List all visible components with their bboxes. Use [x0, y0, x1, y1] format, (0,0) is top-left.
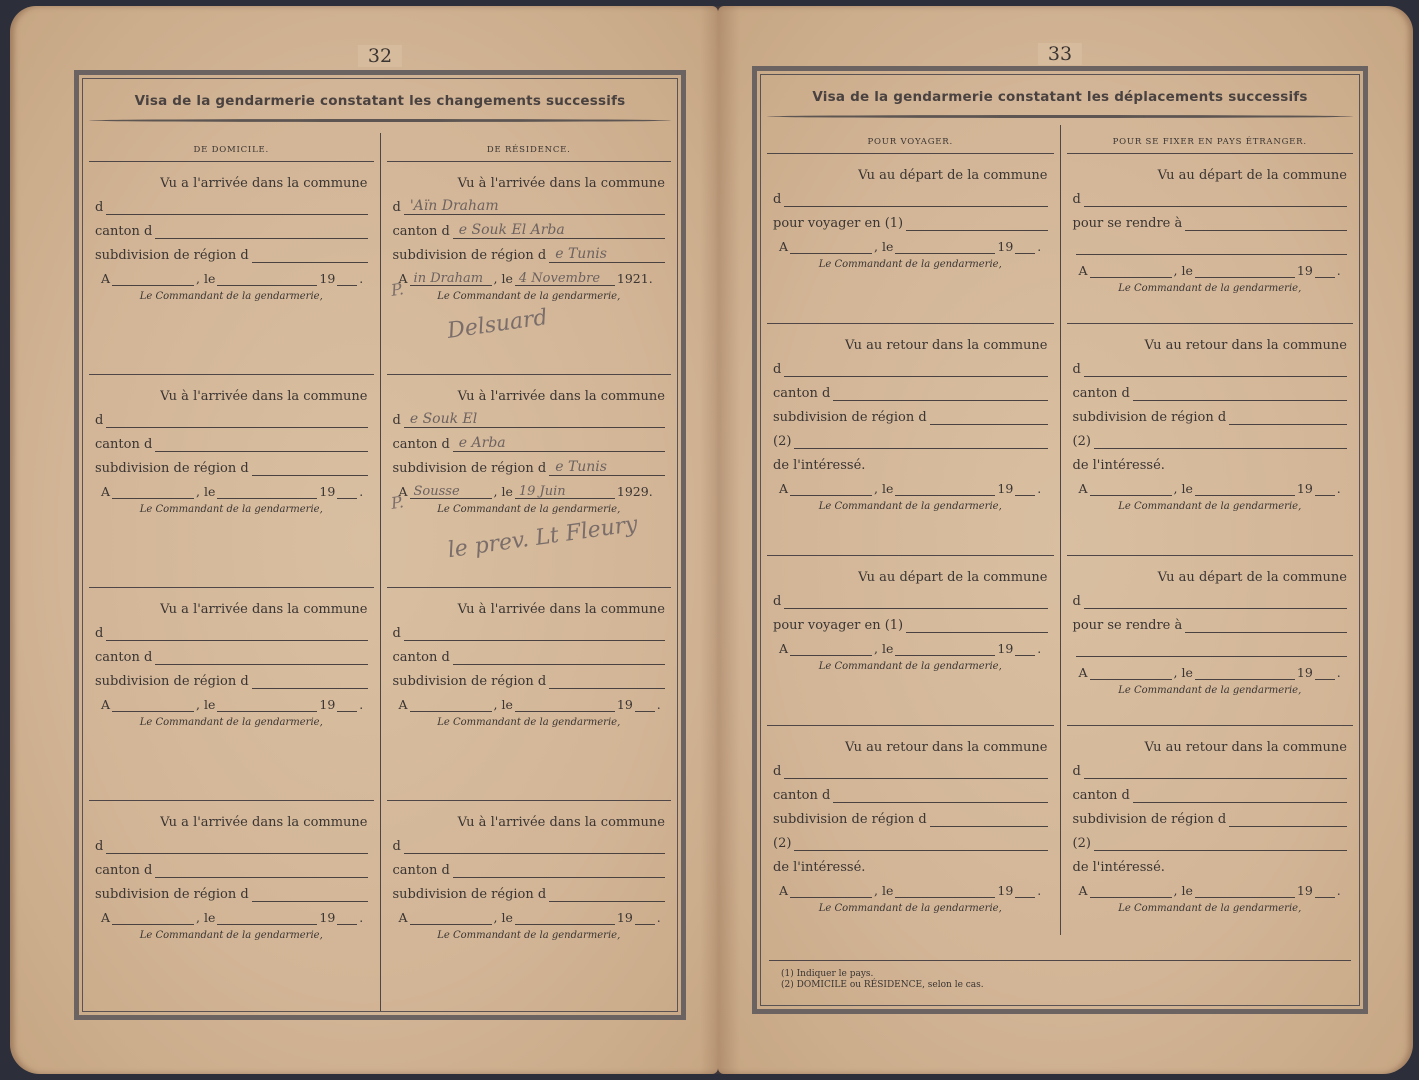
canton-field[interactable]	[1133, 389, 1347, 401]
canton-label: canton d	[95, 437, 152, 452]
subdivision-line: subdivision de région d	[95, 460, 368, 476]
place-field[interactable]	[790, 485, 872, 496]
interesse-line: de l'intéressé.	[1073, 457, 1348, 473]
canton-handwritten: e Arba	[459, 435, 506, 451]
column-residence: DE RÉSIDENCE.Vu à l'arrivée dans la comm…	[380, 133, 678, 1011]
date-field[interactable]	[895, 485, 995, 496]
subdivision-label: subdivision de région d	[95, 461, 249, 476]
interesse-line: de l'intéressé.	[773, 859, 1048, 875]
year-field[interactable]	[337, 277, 357, 286]
end-dot: .	[657, 697, 661, 712]
date-line: A, le19.	[95, 910, 368, 925]
date-field[interactable]	[217, 914, 317, 925]
end-dot: .	[649, 484, 653, 499]
column-pays-etranger: POUR SE FIXER EN PAYS ÉTRANGER.Vu au dép…	[1060, 125, 1360, 935]
le-label: , le	[1174, 481, 1193, 496]
end-dot: .	[1337, 263, 1341, 278]
le-label: , le	[874, 239, 893, 254]
subdivision-field[interactable]	[252, 251, 368, 263]
destination-label: pour voyager en (1)	[773, 618, 903, 633]
year-label: 1929	[617, 484, 649, 499]
date-field[interactable]	[895, 645, 995, 656]
place-handwritten: Sousse	[414, 484, 460, 499]
end-dot: .	[359, 484, 363, 499]
entry-heading: Vu au départ de la commune	[1073, 570, 1348, 585]
le-label: , le	[494, 697, 513, 712]
subdivision-line: subdivision de région de Tunis	[393, 460, 666, 476]
signature-label: Le Commandant de la gendarmerie,	[773, 259, 1048, 270]
status-label: (2)	[1073, 836, 1091, 851]
canton-line: canton d	[393, 862, 666, 878]
canton-field[interactable]: e Souk El Arba	[453, 227, 665, 239]
year-label: 19	[319, 910, 335, 925]
footnotes: (1) Indiquer le pays. (2) DOMICILE ou RÉ…	[769, 960, 1351, 999]
footnote-1: (1) Indiquer le pays.	[781, 969, 1339, 980]
commune-field[interactable]	[404, 842, 665, 854]
canton-label: canton d	[1073, 386, 1130, 401]
subdivision-line: subdivision de région d	[1073, 811, 1348, 827]
place-field[interactable]	[790, 645, 872, 656]
commune-line: d	[393, 625, 666, 641]
commune-label: d	[1073, 594, 1081, 609]
year-label: 1921	[617, 271, 649, 286]
entry-heading: Vu à l'arrivée dans la commune	[393, 815, 666, 830]
commune-line: d	[1073, 763, 1348, 779]
status-label: (2)	[773, 434, 791, 449]
year-field[interactable]	[1315, 671, 1335, 680]
subdivision-field[interactable]	[1229, 815, 1347, 827]
le-label: , le	[874, 481, 893, 496]
canton-label: canton d	[393, 650, 450, 665]
commune-line: d	[95, 838, 368, 854]
canton-label: canton d	[773, 386, 830, 401]
signature-label: Le Commandant de la gendarmerie,	[1073, 501, 1348, 512]
date-field[interactable]	[1195, 887, 1295, 898]
signature-label: Le Commandant de la gendarmerie,	[1073, 685, 1348, 696]
interesse-line: de l'intéressé.	[1073, 859, 1348, 875]
commune-field[interactable]	[106, 842, 367, 854]
retour-entry: Vu au retour dans la communedcanton dsub…	[1067, 725, 1354, 957]
le-label: , le	[1174, 883, 1193, 898]
date-field[interactable]	[1195, 267, 1295, 278]
a-label: A	[1079, 481, 1088, 496]
a-label: A	[101, 697, 110, 712]
interesse-label: de l'intéressé.	[1073, 458, 1165, 473]
place-field[interactable]	[112, 275, 194, 286]
le-label: , le	[196, 484, 215, 499]
commune-field[interactable]	[106, 203, 367, 215]
canton-field[interactable]	[453, 866, 665, 878]
visa-entry: Vu à l'arrivée dans la communedcanton ds…	[387, 800, 672, 1013]
commune-line: d	[1073, 191, 1348, 207]
commune-field[interactable]	[784, 195, 1047, 207]
a-label: A	[399, 697, 408, 712]
commune-field[interactable]	[1084, 597, 1347, 609]
left-page-frame: 32 Visa de la gendarmerie constatant les…	[74, 70, 686, 1020]
place-field[interactable]	[790, 887, 872, 898]
date-field[interactable]: 4 Novembre	[515, 275, 615, 286]
status-line: (2)	[773, 835, 1048, 851]
date-field[interactable]	[895, 887, 995, 898]
subdivision-field[interactable]	[549, 890, 665, 902]
subdivision-field[interactable]: e Tunis	[549, 464, 665, 476]
commune-line: d'Aïn Draham	[393, 199, 666, 215]
end-dot: .	[1037, 481, 1041, 496]
commune-handwritten: e Souk El	[410, 411, 477, 427]
canton-line: canton d	[393, 649, 666, 665]
subdivision-line: subdivision de région d	[95, 247, 368, 263]
year-label: 19	[997, 481, 1013, 496]
left-page-title: Visa de la gendarmerie constatant les ch…	[83, 93, 677, 109]
entry-heading: Vu au départ de la commune	[1073, 168, 1348, 183]
page-number-32: 32	[358, 45, 402, 67]
canton-label: canton d	[95, 224, 152, 239]
signature-label: Le Commandant de la gendarmerie,	[773, 501, 1048, 512]
interesse-label: de l'intéressé.	[1073, 860, 1165, 875]
signature-label: Le Commandant de la gendarmerie,	[393, 291, 666, 302]
date-line: A, le19.	[95, 271, 368, 286]
a-label: A	[779, 641, 788, 656]
extra-line	[1073, 239, 1348, 255]
commune-field[interactable]	[1084, 195, 1347, 207]
end-dot: .	[359, 697, 363, 712]
date-line: ASousse, le19 Juin1929.	[393, 484, 666, 499]
end-dot: .	[1337, 481, 1341, 496]
destination-field[interactable]	[1185, 621, 1347, 633]
subdivision-line: subdivision de région d	[95, 886, 368, 902]
subdivision-label: subdivision de région d	[393, 674, 547, 689]
entry-heading: Vu au départ de la commune	[773, 570, 1048, 585]
canton-field[interactable]	[155, 227, 367, 239]
year-field[interactable]	[1015, 487, 1035, 496]
year-field[interactable]	[1015, 245, 1035, 254]
year-field[interactable]	[1315, 269, 1335, 278]
status-label: (2)	[773, 836, 791, 851]
place-field[interactable]	[1090, 887, 1172, 898]
status-line: (2)	[1073, 835, 1348, 851]
column-domicile: DE DOMICILE.Vu a l'arrivée dans la commu…	[83, 133, 380, 1011]
destination-field[interactable]	[906, 621, 1047, 633]
entry-heading: Vu à l'arrivée dans la commune	[393, 176, 666, 191]
year-label: 19	[319, 271, 335, 286]
subdivision-label: subdivision de région d	[773, 812, 927, 827]
canton-field[interactable]	[1133, 791, 1347, 803]
date-field[interactable]	[217, 488, 317, 499]
date-line: A, le19.	[1073, 665, 1348, 680]
le-label: , le	[494, 484, 513, 499]
commune-field[interactable]	[784, 597, 1047, 609]
date-line: A, le19.	[1073, 263, 1348, 278]
commune-line: d	[95, 412, 368, 428]
a-label: A	[1079, 665, 1088, 680]
le-label: , le	[1174, 665, 1193, 680]
subdivision-label: subdivision de région d	[773, 410, 927, 425]
commune-field[interactable]	[784, 365, 1047, 377]
column-header: POUR SE FIXER EN PAYS ÉTRANGER.	[1061, 137, 1360, 153]
subdivision-line: subdivision de région d	[95, 673, 368, 689]
signature-label: Le Commandant de la gendarmerie,	[393, 930, 666, 941]
visa-entry: Vu a l'arrivée dans la communedcanton ds…	[89, 587, 374, 800]
entry-heading: Vu à l'arrivée dans la commune	[393, 602, 666, 617]
date-field[interactable]	[895, 243, 995, 254]
le-label: , le	[494, 910, 513, 925]
commune-line: de Souk El	[393, 412, 666, 428]
le-label: , le	[494, 271, 513, 286]
date-line: A, le19.	[773, 481, 1048, 496]
extra-field[interactable]	[1076, 645, 1348, 657]
date-field[interactable]	[217, 701, 317, 712]
place-field[interactable]	[410, 701, 492, 712]
commune-label: d	[95, 626, 103, 641]
subdivision-line: subdivision de région d	[393, 886, 666, 902]
year-field[interactable]	[1015, 889, 1035, 898]
column-header: DE DOMICILE.	[83, 145, 380, 161]
le-label: , le	[196, 697, 215, 712]
canton-label: canton d	[1073, 788, 1130, 803]
a-label: A	[399, 910, 408, 925]
column-header: DE RÉSIDENCE.	[381, 145, 678, 161]
depart-entry: Vu au départ de la communedpour voyager …	[767, 153, 1054, 323]
place-field[interactable]	[112, 488, 194, 499]
canton-field[interactable]	[453, 653, 665, 665]
a-label: A	[101, 910, 110, 925]
status-line: (2)	[1073, 433, 1348, 449]
canton-line: canton d	[1073, 787, 1348, 803]
year-label: 19	[319, 484, 335, 499]
date-field[interactable]	[217, 275, 317, 286]
end-dot: .	[657, 910, 661, 925]
retour-entry: Vu au retour dans la communedcanton dsub…	[767, 725, 1054, 957]
commune-line: d	[95, 625, 368, 641]
subdivision-label: subdivision de région d	[95, 887, 249, 902]
canton-line: canton de Souk El Arba	[393, 223, 666, 239]
subdivision-field[interactable]	[1229, 413, 1347, 425]
visa-entry: Vu à l'arrivée dans la communedcanton ds…	[387, 587, 672, 800]
right-page-frame: 33 Visa de la gendarmerie constatant les…	[752, 66, 1368, 1014]
subdivision-label: subdivision de région d	[393, 887, 547, 902]
commune-field[interactable]: 'Aïn Draham	[404, 203, 665, 215]
canton-field[interactable]	[155, 440, 367, 452]
year-label: 19	[1297, 481, 1313, 496]
date-field[interactable]	[515, 914, 615, 925]
a-label: A	[779, 883, 788, 898]
handwritten-signature: le prev. Lt Fleury	[446, 512, 639, 563]
canton-line: canton d	[773, 385, 1048, 401]
subdivision-field[interactable]	[930, 815, 1048, 827]
retour-entry: Vu au retour dans la communedcanton dsub…	[1067, 323, 1354, 555]
year-label: 19	[997, 239, 1013, 254]
entry-heading: Vu au retour dans la commune	[773, 338, 1048, 353]
commune-label: d	[95, 839, 103, 854]
destination-label: pour voyager en (1)	[773, 216, 903, 231]
year-label: 19	[1297, 665, 1313, 680]
subdivision-handwritten: e Tunis	[555, 246, 607, 262]
canton-label: canton d	[393, 437, 450, 452]
subdivision-label: subdivision de région d	[95, 248, 249, 263]
year-field[interactable]	[1015, 647, 1035, 656]
commune-label: d	[393, 839, 401, 854]
end-dot: .	[1037, 641, 1041, 656]
commune-line: d	[773, 763, 1048, 779]
title-divider	[89, 119, 671, 122]
a-label: A	[1079, 883, 1088, 898]
signature-label: Le Commandant de la gendarmerie,	[1073, 903, 1348, 914]
interesse-label: de l'intéressé.	[773, 860, 865, 875]
signature-label: Le Commandant de la gendarmerie,	[95, 504, 368, 515]
year-field[interactable]	[1315, 889, 1335, 898]
title-divider	[767, 115, 1353, 118]
le-label: , le	[196, 910, 215, 925]
commune-field[interactable]: e Souk El	[404, 416, 665, 428]
canton-field[interactable]	[833, 791, 1047, 803]
extra-line	[1073, 641, 1348, 657]
column-pour-voyager: POUR VOYAGER.Vu au départ de la communed…	[761, 125, 1060, 935]
commune-label: d	[773, 594, 781, 609]
date-field[interactable]	[1195, 485, 1295, 496]
place-field[interactable]: Sousse	[410, 488, 492, 499]
commune-field[interactable]	[106, 416, 367, 428]
canton-field[interactable]	[833, 389, 1047, 401]
date-line: Ain Draham, le4 Novembre1921.	[393, 271, 666, 286]
interesse-label: de l'intéressé.	[773, 458, 865, 473]
destination-line: pour voyager en (1)	[773, 215, 1048, 231]
date-line: A, le19.	[1073, 481, 1348, 496]
date-handwritten: 19 Juin	[519, 484, 566, 499]
canton-line: canton d	[95, 223, 368, 239]
year-field[interactable]	[635, 703, 655, 712]
canton-field[interactable]	[155, 866, 367, 878]
page-number-33: 33	[1038, 43, 1082, 65]
place-field[interactable]	[410, 914, 492, 925]
commune-line: d	[773, 593, 1048, 609]
place-field[interactable]	[1090, 485, 1172, 496]
status-field[interactable]	[1094, 437, 1347, 449]
commune-line: d	[773, 191, 1048, 207]
entry-heading: Vu à l'arrivée dans la commune	[393, 389, 666, 404]
year-field[interactable]	[337, 490, 357, 499]
destination-label: pour se rendre à	[1073, 618, 1183, 633]
canton-line: canton d	[95, 436, 368, 452]
year-field[interactable]	[337, 703, 357, 712]
entry-heading: Vu à l'arrivée dans la commune	[95, 389, 368, 404]
handwritten-signature: Delsuard	[445, 305, 548, 344]
visa-entry: Vu a l'arrivée dans la communedcanton ds…	[89, 800, 374, 1013]
entry-heading: Vu au départ de la commune	[773, 168, 1048, 183]
signature-label: Le Commandant de la gendarmerie,	[95, 930, 368, 941]
commune-field[interactable]	[404, 629, 665, 641]
canton-line: canton d	[1073, 385, 1348, 401]
depart-entry: Vu au départ de la communedpour se rendr…	[1067, 555, 1354, 725]
entry-heading: Vu au retour dans la commune	[1073, 740, 1348, 755]
commune-field[interactable]	[106, 629, 367, 641]
commune-line: d	[393, 838, 666, 854]
canton-field[interactable]: e Arba	[453, 440, 665, 452]
canton-label: canton d	[95, 650, 152, 665]
end-dot: .	[1037, 883, 1041, 898]
status-field[interactable]	[794, 437, 1047, 449]
date-field[interactable]: 19 Juin	[515, 488, 615, 499]
commune-label: d	[393, 413, 401, 428]
le-label: , le	[1174, 263, 1193, 278]
signature-label: Le Commandant de la gendarmerie,	[95, 291, 368, 302]
commune-line: d	[1073, 593, 1348, 609]
commune-field[interactable]	[1084, 767, 1347, 779]
commune-label: d	[393, 200, 401, 215]
signature-label: Le Commandant de la gendarmerie,	[773, 661, 1048, 672]
commune-label: d	[773, 764, 781, 779]
destination-line: pour se rendre à	[1073, 215, 1348, 231]
year-field[interactable]	[1315, 487, 1335, 496]
year-field[interactable]	[337, 916, 357, 925]
place-handwritten: in Draham	[414, 271, 484, 286]
subdivision-field[interactable]	[930, 413, 1048, 425]
place-field[interactable]	[112, 701, 194, 712]
destination-field[interactable]	[906, 219, 1047, 231]
canton-field[interactable]	[155, 653, 367, 665]
commune-label: d	[1073, 362, 1081, 377]
extra-field[interactable]	[1076, 243, 1348, 255]
date-line: A, le19.	[1073, 883, 1348, 898]
a-label: A	[779, 481, 788, 496]
subdivision-handwritten: e Tunis	[555, 459, 607, 475]
place-field[interactable]: in Draham	[410, 275, 492, 286]
commune-field[interactable]	[1084, 365, 1347, 377]
subdivision-field[interactable]	[549, 677, 665, 689]
place-field[interactable]	[112, 914, 194, 925]
place-field[interactable]	[1090, 669, 1172, 680]
destination-line: pour se rendre à	[1073, 617, 1348, 633]
visa-entry: Vu à l'arrivée dans la communed'Aïn Drah…	[387, 161, 672, 374]
subdivision-label: subdivision de région d	[1073, 812, 1227, 827]
year-field[interactable]	[635, 916, 655, 925]
canton-label: canton d	[393, 224, 450, 239]
status-field[interactable]	[1094, 839, 1347, 851]
year-label: 19	[319, 697, 335, 712]
canton-handwritten: e Souk El Arba	[459, 222, 565, 238]
subdivision-field[interactable]	[252, 464, 368, 476]
commune-field[interactable]	[784, 767, 1047, 779]
subdivision-label: subdivision de région d	[95, 674, 249, 689]
canton-line: canton de Arba	[393, 436, 666, 452]
place-field[interactable]	[1090, 267, 1172, 278]
interesse-line: de l'intéressé.	[773, 457, 1048, 473]
subdivision-field[interactable]: e Tunis	[549, 251, 665, 263]
place-field[interactable]	[790, 243, 872, 254]
date-line: A, le19.	[393, 910, 666, 925]
subdivision-field[interactable]	[252, 890, 368, 902]
commune-label: d	[393, 626, 401, 641]
visa-entry: Vu à l'arrivée dans la communedcanton ds…	[89, 374, 374, 587]
date-field[interactable]	[515, 701, 615, 712]
end-dot: .	[1337, 665, 1341, 680]
subdivision-label: subdivision de région d	[393, 461, 547, 476]
status-field[interactable]	[794, 839, 1047, 851]
subdivision-label: subdivision de région d	[393, 248, 547, 263]
date-field[interactable]	[1195, 669, 1295, 680]
canton-label: canton d	[773, 788, 830, 803]
date-line: A, le19.	[773, 239, 1048, 254]
commune-label: d	[95, 413, 103, 428]
signature-label: Le Commandant de la gendarmerie,	[393, 717, 666, 728]
book-gutter	[700, 6, 740, 1074]
status-line: (2)	[773, 433, 1048, 449]
depart-entry: Vu au départ de la communedpour voyager …	[767, 555, 1054, 725]
subdivision-field[interactable]	[252, 677, 368, 689]
a-label: A	[101, 484, 110, 499]
destination-field[interactable]	[1185, 219, 1347, 231]
commune-line: d	[773, 361, 1048, 377]
subdivision-line: subdivision de région d	[773, 811, 1048, 827]
